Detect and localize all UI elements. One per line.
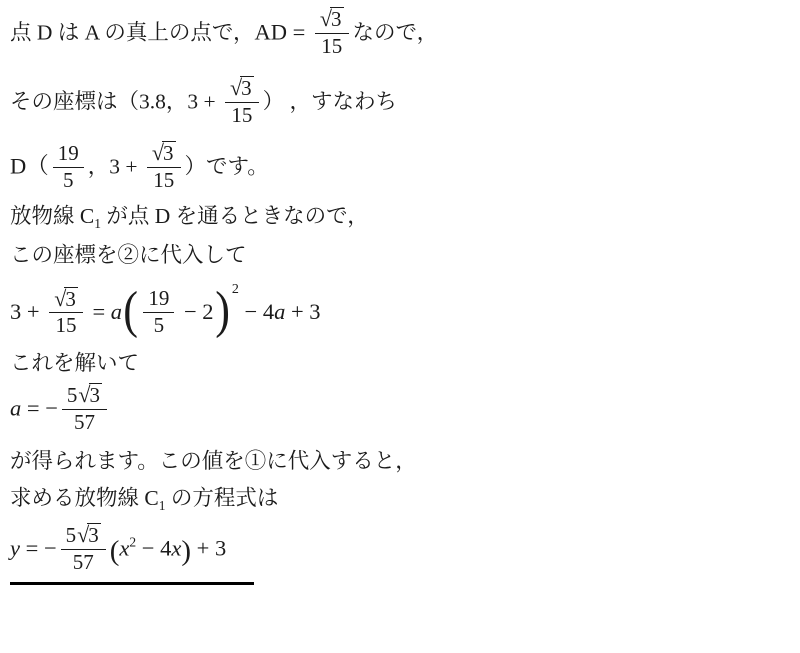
text-desu: ）です。 bbox=[185, 155, 269, 179]
text-parabola-c: 放物線 C bbox=[10, 204, 94, 228]
variable-a: a bbox=[10, 396, 21, 421]
fraction-5sqrt3-over-57: 5√357 bbox=[62, 382, 107, 435]
fraction-sqrt3-over-15: √315 bbox=[315, 6, 349, 59]
fraction-numerator: 19 bbox=[143, 286, 174, 312]
text-coordinates-before: その座標は（3.8，3 + bbox=[10, 90, 221, 114]
radicand: 3 bbox=[162, 141, 176, 166]
radicand: 3 bbox=[87, 523, 101, 548]
expr-plus-3: + 3 bbox=[285, 299, 320, 324]
text-sunawachi: ） ，すなわち bbox=[263, 90, 397, 114]
line-point-d-coords: D（195，3 + √315）です。 bbox=[10, 142, 790, 195]
text-solve-this: これを解いて bbox=[10, 351, 139, 375]
fraction-numerator: √3 bbox=[49, 286, 83, 313]
sqrt-radical: √3 bbox=[320, 7, 344, 31]
fraction-5sqrt3-over-57: 5√357 bbox=[61, 522, 106, 575]
close-paren-large: ) bbox=[215, 285, 230, 337]
text-desired-parabola-c: 求める放物線 C bbox=[10, 486, 159, 510]
fraction-denominator: 57 bbox=[61, 549, 106, 576]
expr-minus-4: − 4 bbox=[239, 299, 274, 324]
line-parabola-passes-d: 放物線 C1 が点 D を通るときなので， bbox=[10, 201, 790, 234]
fraction-denominator: 15 bbox=[49, 312, 83, 339]
text-passes-through-d: が点 D を通るときなので， bbox=[101, 204, 369, 228]
exponent-2: 2 bbox=[232, 282, 239, 297]
coefficient-5: 5 bbox=[67, 384, 79, 408]
line-substituted-equation: 3 + √315 = a(195 − 2)2 − 4a + 3 bbox=[10, 280, 790, 341]
equals-minus-sign: = − bbox=[21, 396, 58, 421]
fraction-denominator: 5 bbox=[53, 167, 84, 194]
point-d-label: D（ bbox=[10, 154, 49, 179]
fraction-sqrt3-over-15: √315 bbox=[225, 75, 259, 128]
sqrt-radical: √3 bbox=[152, 141, 176, 165]
text-equation-is: の方程式は bbox=[165, 486, 278, 510]
sqrt-radical: √3 bbox=[77, 523, 101, 547]
text-point-d-intro: 点 D は A の真上の点で， bbox=[10, 21, 254, 45]
sqrt-radical: √3 bbox=[54, 287, 78, 311]
line-substitute-into-2: この座標を②に代入して bbox=[10, 240, 790, 271]
fraction-numerator: √3 bbox=[315, 6, 349, 33]
variable-x: x bbox=[171, 536, 181, 561]
fraction-denominator: 15 bbox=[225, 102, 259, 129]
variable-x: x bbox=[119, 536, 129, 561]
final-answer-underline: y = −5√357(x2 − 4x) + 3 bbox=[10, 524, 254, 585]
radicand: 3 bbox=[64, 287, 78, 312]
fraction-numerator: 19 bbox=[53, 141, 84, 167]
line-coordinates: その座標は（3.8，3 + √315） ，すなわち bbox=[10, 77, 790, 130]
radicand: 3 bbox=[240, 76, 254, 101]
expr-ad-equals: AD = bbox=[254, 20, 310, 45]
sqrt-radical: √3 bbox=[78, 383, 102, 407]
radicand: 3 bbox=[330, 7, 344, 32]
line-equation-of-parabola: 求める放物線 C1 の方程式は bbox=[10, 483, 790, 516]
fraction-sqrt3-over-15: √315 bbox=[147, 140, 181, 193]
text-substitute-equation-1: が得られます。この値を①に代入すると， bbox=[10, 449, 417, 473]
expr-plus-3: + 3 bbox=[191, 536, 226, 561]
fraction-denominator: 15 bbox=[147, 167, 181, 194]
fraction-sqrt3-over-15: √315 bbox=[49, 286, 83, 339]
fraction-denominator: 15 bbox=[315, 33, 349, 60]
fraction-numerator: √3 bbox=[147, 140, 181, 167]
line-substitute-into-1: が得られます。この値を①に代入すると， bbox=[10, 446, 790, 477]
variable-a: a bbox=[274, 299, 285, 324]
math-solution-document: 点 D は A の真上の点で，AD = √315なので， その座標は（3.8，3… bbox=[0, 0, 790, 585]
text-substitute-equation-2: この座標を②に代入して bbox=[10, 243, 247, 267]
radicand: 3 bbox=[89, 383, 103, 408]
close-paren: ) bbox=[181, 540, 191, 563]
variable-a: a bbox=[111, 299, 122, 324]
line-a-value: a = −5√357 bbox=[10, 384, 790, 437]
fraction-numerator: √3 bbox=[225, 75, 259, 102]
fraction-numerator: 5√3 bbox=[62, 382, 107, 409]
expr-minus-2: − 2 bbox=[178, 299, 213, 324]
fraction-19-over-5: 195 bbox=[53, 141, 84, 193]
open-paren-large: ( bbox=[123, 285, 138, 337]
expr-minus-4: − 4 bbox=[136, 536, 171, 561]
variable-y: y bbox=[10, 536, 20, 561]
text-nanode: なので， bbox=[353, 21, 439, 45]
fraction-denominator: 57 bbox=[62, 409, 107, 436]
fraction-19-over-5: 195 bbox=[143, 286, 174, 338]
subscript-1: 1 bbox=[94, 216, 101, 231]
fraction-denominator: 5 bbox=[143, 312, 174, 339]
sqrt-radical: √3 bbox=[230, 76, 254, 100]
line-solve-this: これを解いて bbox=[10, 348, 790, 379]
coefficient-5: 5 bbox=[66, 524, 78, 548]
line-point-d-intro: 点 D は A の真上の点で，AD = √315なので， bbox=[10, 8, 790, 61]
equals-minus-sign: = − bbox=[20, 536, 57, 561]
open-paren: ( bbox=[110, 540, 120, 563]
line-final-answer: y = −5√357(x2 − 4x) + 3 bbox=[10, 524, 790, 585]
expr-3-plus: 3 + bbox=[10, 299, 45, 324]
fraction-numerator: 5√3 bbox=[61, 522, 106, 549]
text-comma-3-plus: ，3 + bbox=[88, 155, 143, 179]
equals-sign: = bbox=[87, 299, 111, 324]
